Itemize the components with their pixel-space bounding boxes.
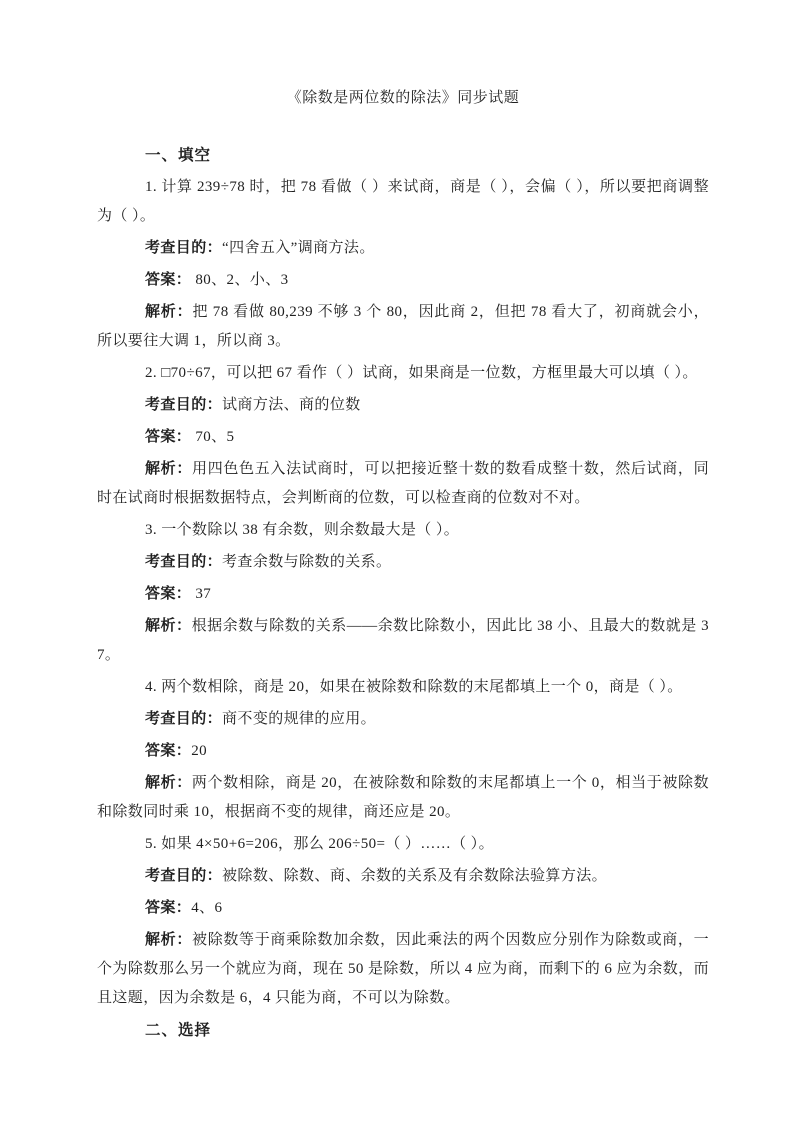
document-page: 《除数是两位数的除法》同步试题 一、填空 1. 计算 239÷78 时，把 78… [0, 0, 793, 1122]
answer-label: 答案： [145, 743, 191, 759]
q2-answer: 答案： 70、5 [97, 423, 709, 452]
q1-answer-value: 80、2、小、3 [191, 272, 288, 288]
q3-purpose-value: 考查余数与除数的关系。 [222, 554, 391, 570]
document-title: 《除数是两位数的除法》同步试题 [97, 90, 709, 106]
analysis-label: 解析： [145, 775, 192, 791]
answer-label: 答案： [145, 272, 191, 288]
answer-label: 答案： [145, 429, 191, 445]
q5-text: 5. 如果 4×50+6=206，那么 206÷50=（ ）……（ ）。 [97, 830, 709, 859]
section-2-heading: 二、选择 [97, 1016, 709, 1045]
q3-answer: 答案： 37 [97, 580, 709, 609]
q2-purpose: 考查目的：试商方法、商的位数 [97, 391, 709, 420]
q5-purpose-value: 被除数、除数、商、余数的关系及有余数除法验算方法。 [222, 868, 607, 884]
q2-answer-value: 70、5 [191, 429, 234, 445]
q4-purpose: 考查目的：商不变的规律的应用。 [97, 705, 709, 734]
q3-text: 3. 一个数除以 38 有余数，则余数最大是（ ）。 [97, 516, 709, 545]
q3-purpose: 考查目的：考查余数与除数的关系。 [97, 548, 709, 577]
q2-analysis: 解析：用四色色五入法试商时，可以把接近整十数的数看成整十数，然后试商，同时在试商… [97, 455, 709, 513]
q5-purpose: 考查目的：被除数、除数、商、余数的关系及有余数除法验算方法。 [97, 862, 709, 891]
q4-text: 4. 两个数相除，商是 20，如果在被除数和除数的末尾都填上一个 0，商是（ ）… [97, 673, 709, 702]
q2-text: 2. □70÷67，可以把 67 看作（ ）试商，如果商是一位数，方框里最大可以… [97, 359, 709, 388]
purpose-label: 考查目的： [145, 397, 222, 413]
section-1-heading: 一、填空 [97, 141, 709, 170]
purpose-label: 考查目的： [145, 240, 222, 256]
answer-label: 答案： [145, 900, 191, 916]
q4-answer: 答案：20 [97, 737, 709, 766]
analysis-label: 解析： [145, 618, 192, 634]
purpose-label: 考查目的： [145, 711, 222, 727]
q5-analysis: 解析：被除数等于商乘除数加余数，因此乘法的两个因数应分别作为除数或商，一个为除数… [97, 926, 709, 1013]
q5-answer-value: 4、6 [191, 900, 222, 916]
q4-purpose-value: 商不变的规律的应用。 [222, 711, 376, 727]
q1-answer: 答案： 80、2、小、3 [97, 266, 709, 295]
purpose-label: 考查目的： [145, 554, 222, 570]
q1-purpose: 考查目的：“四舍五入”调商方法。 [97, 234, 709, 263]
answer-label: 答案： [145, 586, 191, 602]
q1-analysis: 解析：把 78 看做 80,239 不够 3 个 80，因此商 2，但把 78 … [97, 298, 709, 356]
purpose-label: 考查目的： [145, 868, 222, 884]
q2-purpose-value: 试商方法、商的位数 [222, 397, 361, 413]
q3-analysis: 解析：根据余数与除数的关系——余数比除数小，因此比 38 小、且最大的数就是 3… [97, 612, 709, 670]
q3-answer-value: 37 [191, 586, 211, 602]
q5-answer: 答案：4、6 [97, 894, 709, 923]
analysis-label: 解析： [145, 932, 192, 948]
q4-analysis: 解析：两个数相除，商是 20，在被除数和除数的末尾都填上一个 0，相当于被除数和… [97, 769, 709, 827]
q4-answer-value: 20 [191, 743, 207, 759]
analysis-label: 解析： [145, 461, 192, 477]
analysis-label: 解析： [145, 304, 192, 320]
q1-purpose-value: “四舍五入”调商方法。 [222, 240, 375, 256]
q1-text: 1. 计算 239÷78 时，把 78 看做（ ）来试商，商是（ ），会偏（ ）… [97, 173, 709, 231]
